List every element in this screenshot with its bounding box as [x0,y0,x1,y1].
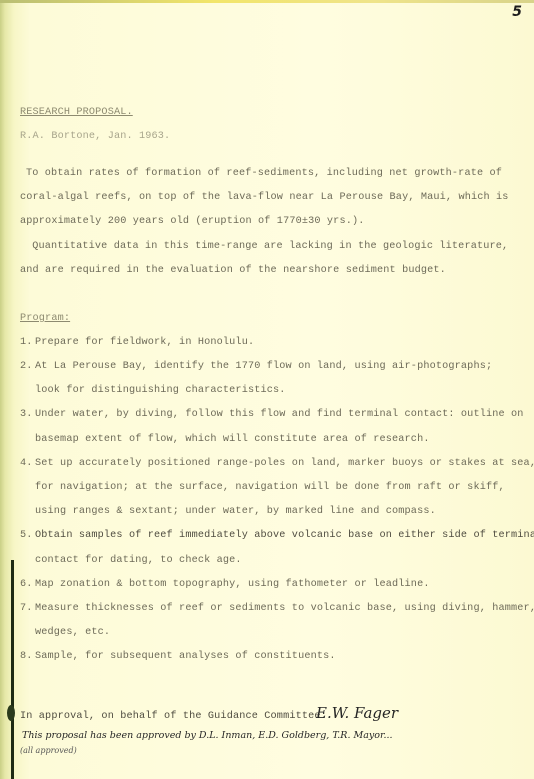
item-number: 8. [20,651,33,662]
document-title: RESEARCH PROPOSAL. [20,107,133,118]
item-number: 6. [20,579,33,590]
document-page: 5 RESEARCH PROPOSAL. R.A. Bortone, Jan. … [0,0,534,779]
item-line: Measure thicknesses of reef or sediments… [35,603,534,614]
item-line: Under water, by diving, follow this flow… [35,409,524,420]
objective-line: Quantitative data in this time-range are… [26,241,508,252]
approval-line: In approval, on behalf of the Guidance C… [20,711,327,722]
item-number: 2. [20,361,33,372]
program-heading: Program: [20,313,70,324]
objective-line: and are required in the evaluation of th… [20,265,446,276]
item-number: 7. [20,603,33,614]
item-number: 5. [20,530,33,541]
objective-line: To obtain rates of formation of reef-sed… [26,168,502,179]
binding-shadow [11,560,14,779]
handwritten-note-2: (all approved) [20,746,77,755]
item-number: 3. [20,409,33,420]
item-number: 1. [20,337,33,348]
item-line: Map zonation & bottom topography, using … [35,579,430,590]
binding-hole [7,705,15,721]
item-line: look for distinguishing characteristics. [35,385,286,396]
signature: E.W. Fager [316,704,398,722]
item-line: Prepare for fieldwork, in Honolulu. [35,337,254,348]
page-number: 5 [512,4,522,20]
item-line: Set up accurately positioned range-poles… [35,458,534,469]
item-line: Sample, for subsequent analyses of const… [35,651,336,662]
objective-line: approximately 200 years old (eruption of… [20,216,365,227]
item-line: using ranges & sextant; under water, by … [35,506,436,517]
handwritten-note: This proposal has been approved by D.L. … [22,730,393,741]
objective-line: coral-algal reefs, on top of the lava-fl… [20,192,509,203]
item-line: wedges, etc. [35,627,110,638]
item-line: At La Perouse Bay, identify the 1770 flo… [35,361,492,372]
item-line: Obtain samples of reef immediately above… [35,530,534,541]
item-line: contact for dating, to check age. [35,555,242,566]
page-top-edge [0,0,534,3]
item-line: for navigation; at the surface, navigati… [35,482,505,493]
item-number: 4. [20,458,33,469]
author-line: R.A. Bortone, Jan. 1963. [20,131,170,142]
item-line: basemap extent of flow, which will const… [35,434,430,445]
